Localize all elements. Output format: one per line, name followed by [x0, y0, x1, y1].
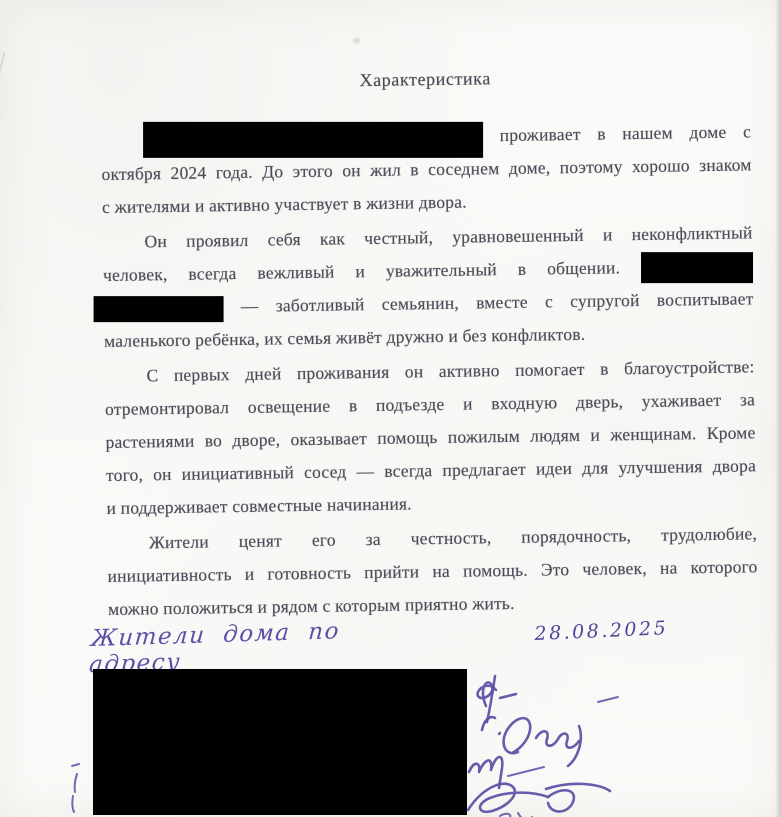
text-segment: растениями во дворе, оказывает помощь по…: [105, 422, 755, 452]
text-segment: отремонтировал освещение в подъезде и вх…: [105, 389, 755, 419]
document-content: Характеристика проживает в нашем доме со…: [100, 58, 758, 628]
text-segment: того, он инициативный сосед — всегда пре…: [106, 455, 756, 485]
scan-corner-artifact: [0, 52, 5, 87]
redaction-box: [143, 122, 483, 158]
text-segment: инициативность и готовность прийти на по…: [107, 556, 757, 586]
paragraph: Он проявил себя как честный, уравновешен…: [102, 216, 754, 358]
redaction-box: [641, 253, 753, 284]
signatures: [452, 668, 667, 817]
signature-scribble-1: [478, 676, 618, 722]
text-segment: октября 2024 года. До этого он жил в сос…: [101, 154, 751, 184]
paragraph: проживает в нашем доме соктября 2024 год…: [101, 115, 752, 224]
handwritten-date: 28.08.2025: [534, 617, 669, 645]
text-segment: и поддерживает совместные начинания.: [106, 493, 412, 518]
text-segment: можно положиться и рядом с которым прият…: [108, 593, 515, 619]
document-body: проживает в нашем доме соктября 2024 год…: [101, 115, 758, 626]
signature-scribble-4: [468, 784, 610, 817]
paragraph: Жители ценят его за честность, порядочно…: [107, 517, 758, 626]
text-segment: С первых дней проживания он активно помо…: [146, 356, 754, 385]
text-segment: с жителями и активно участвует в жизни д…: [102, 192, 467, 217]
scanned-document-page: Характеристика проживает в нашем доме со…: [0, 0, 781, 817]
redaction-box: [94, 296, 224, 322]
redaction-box-large: [93, 669, 467, 815]
text-segment: Он проявил себя как честный, уравновешен…: [144, 222, 752, 251]
document-title: Характеристика: [100, 58, 750, 101]
paragraph: С первых дней проживания он активно помо…: [104, 350, 756, 525]
scan-edge-artifact: [775, 0, 781, 817]
scan-smudge: [353, 38, 360, 43]
text-segment: Жители ценят его за честность, порядочно…: [149, 523, 757, 552]
text-segment: маленького ребёнка, их семья живёт дружн…: [104, 324, 586, 351]
text-segment: человек, всегда вежливый и уважительный …: [103, 257, 620, 285]
text-segment: проживает в нашем доме с: [500, 121, 752, 145]
text-segment: — заботливый семьянин, вместе с супругой…: [241, 288, 754, 316]
